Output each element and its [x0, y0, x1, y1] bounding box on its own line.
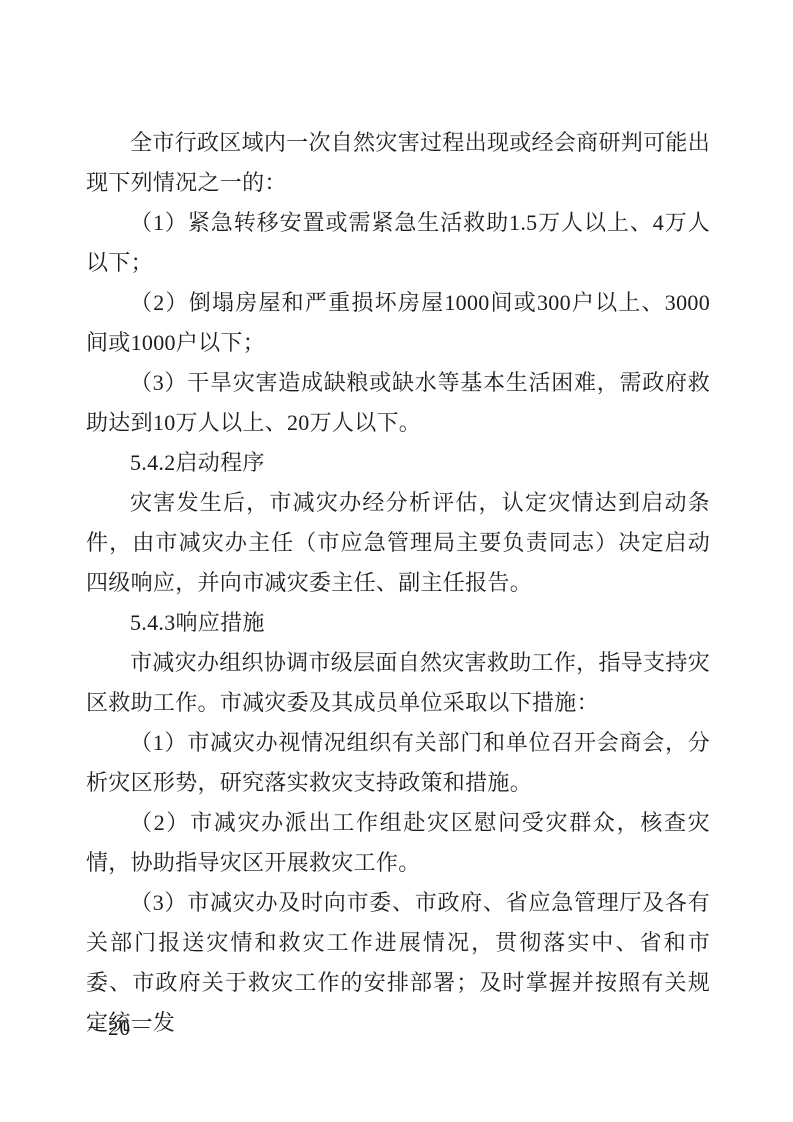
paragraph-measure-2: （2）市减灾办派出工作组赴灾区慰问受灾群众，核查灾情，协助指导灾区开展救灾工作。 [86, 803, 710, 883]
paragraph-condition-3: （3）干旱灾害造成缺粮或缺水等基本生活困难，需政府救助达到10万人以上、20万人… [86, 363, 710, 443]
section-heading-542: 5.4.2启动程序 [86, 443, 710, 483]
paragraph-condition-2: （2）倒塌房屋和严重损坏房屋1000间或300户以上、3000间或1000户以下… [86, 283, 710, 363]
section-heading-543: 5.4.3响应措施 [86, 603, 710, 643]
page-number: －20－ [86, 1014, 153, 1042]
paragraph-condition-1: （1）紧急转移安置或需紧急生活救助1.5万人以上、4万人以下； [86, 203, 710, 283]
paragraph-startup: 灾害发生后，市减灾办经分析评估，认定灾情达到启动条件，由市减灾办主任（市应急管理… [86, 483, 710, 603]
document-body: 全市行政区域内一次自然灾害过程出现或经会商研判可能出现下列情况之一的： （1）紧… [86, 123, 710, 1043]
paragraph-measure-1: （1）市减灾办视情况组织有关部门和单位召开会商会，分析灾区形势，研究落实救灾支持… [86, 723, 710, 803]
paragraph-intro: 全市行政区域内一次自然灾害过程出现或经会商研判可能出现下列情况之一的： [86, 123, 710, 203]
paragraph-measures: 市减灾办组织协调市级层面自然灾害救助工作，指导支持灾区救助工作。市减灾委及其成员… [86, 643, 710, 723]
document-page: 全市行政区域内一次自然灾害过程出现或经会商研判可能出现下列情况之一的： （1）紧… [0, 0, 793, 1122]
paragraph-measure-3: （3）市减灾办及时向市委、市政府、省应急管理厅及各有关部门报送灾情和救灾工作进展… [86, 883, 710, 1043]
